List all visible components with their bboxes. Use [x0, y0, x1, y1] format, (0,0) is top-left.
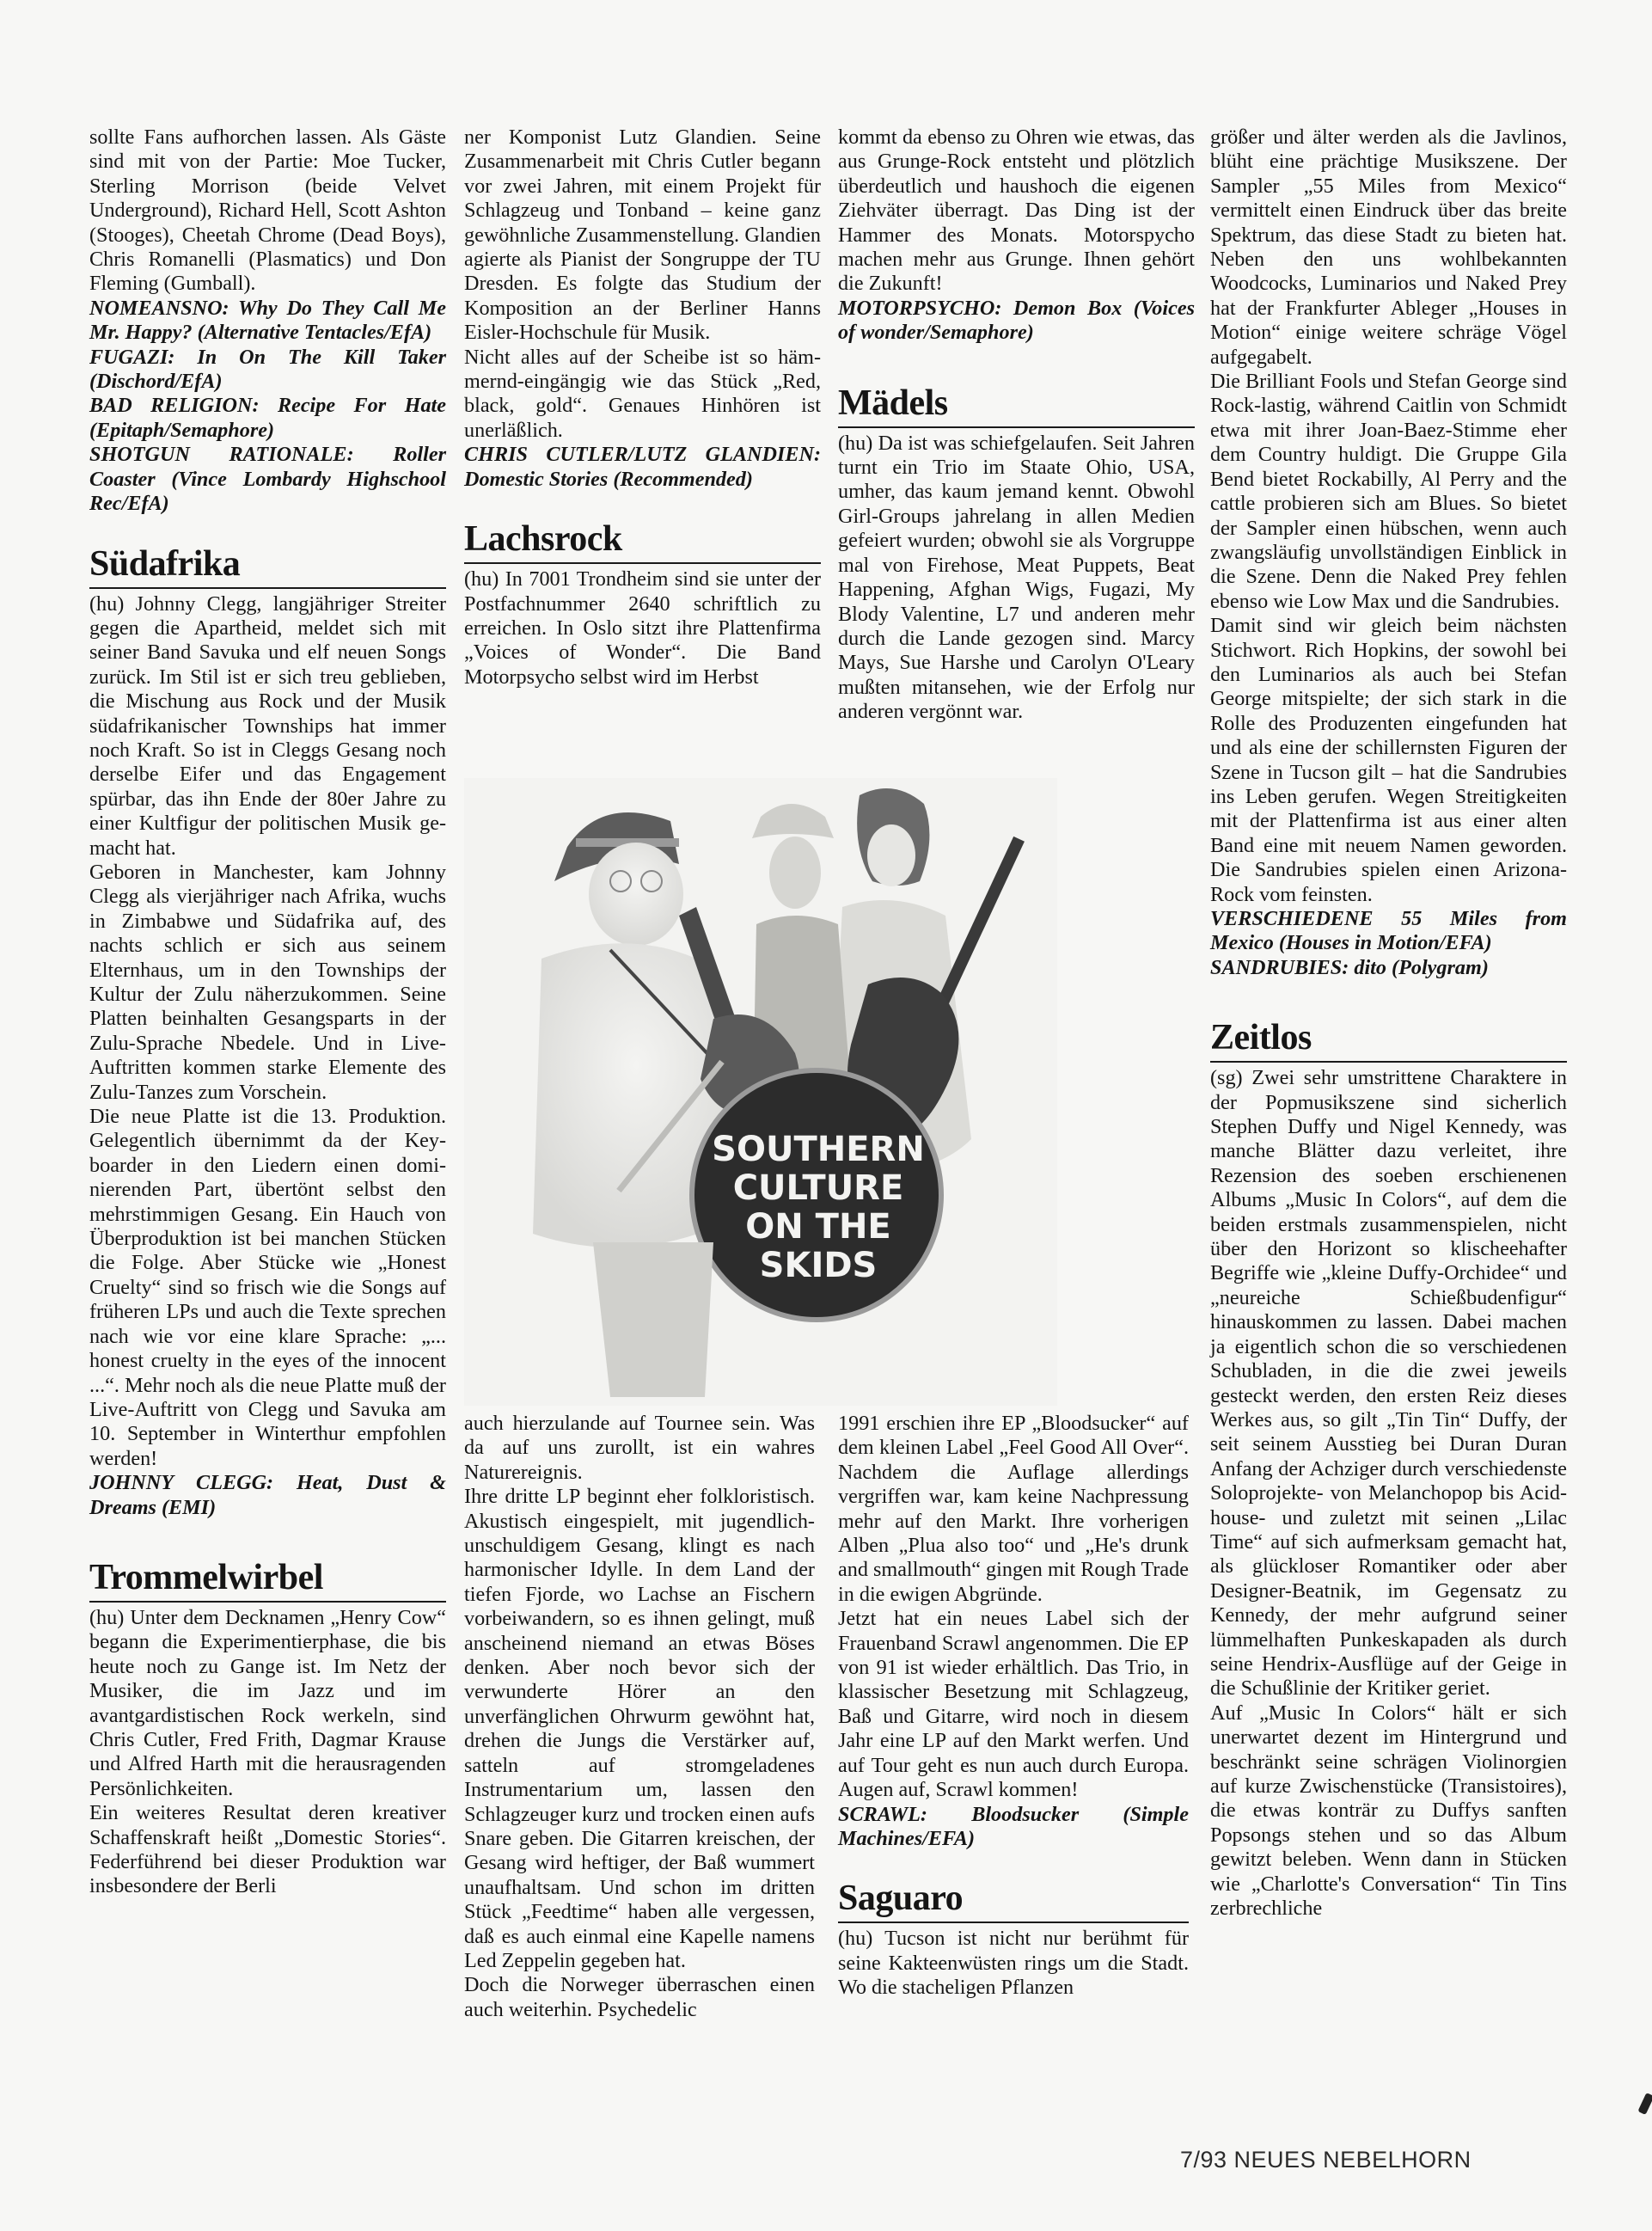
article-text: Geboren in Manchester, kam Johnny Clegg … — [89, 861, 446, 1105]
headline-zeitlos: Zeitlos — [1210, 1016, 1567, 1063]
article-text: (hu) Tucson ist nicht nur berühmt für se… — [838, 1927, 1189, 2000]
article-text: (hu) In 7001 Trondheim sind sie unter de… — [464, 567, 821, 690]
svg-text:SKIDS: SKIDS — [760, 1246, 878, 1285]
article-text: Ihre dritte LP beginnt eher folklori­sti… — [464, 1485, 815, 1973]
band-photo-image: SOUTHERN CULTURE ON THE SKIDS — [464, 778, 1057, 1406]
headline-lachsrock: Lachsrock — [464, 518, 821, 564]
headline-maedels: Mädels — [838, 382, 1195, 428]
article-text: Auf „Music In Colors“ hält er sich unerw… — [1210, 1701, 1567, 1921]
article-text: Die neue Platte ist die 13. Produktion. … — [89, 1105, 446, 1471]
column-2: ner Komponist Lutz Glandien. Seine Zusam… — [464, 126, 821, 690]
article-text: (sg) Zwei sehr umstrittene Charaktere in… — [1210, 1066, 1567, 1701]
article-text: (hu) Unter dem Decknamen „Henry Cow“ beg… — [89, 1606, 446, 1801]
article-text: sollte Fans aufhorchen lassen. Als Gäste… — [89, 126, 446, 297]
album-credit: NOMEANSNO: Why Do They Call Me Mr. Happy… — [89, 297, 446, 346]
article-text: kommt da ebenso zu Ohren wie et­was, das… — [838, 126, 1195, 297]
article-text: größer und älter werden als die Javli­no… — [1210, 126, 1567, 370]
article-text: ner Komponist Lutz Glandien. Seine Zusam… — [464, 126, 821, 346]
album-credit: FUGAZI: In On The Kill Taker (Dischord/E… — [89, 346, 446, 395]
article-text: Die Brilliant Fools und Stefan George si… — [1210, 370, 1567, 614]
page-footer: 7/93 NEUES NEBELHORN — [1180, 2147, 1472, 2173]
svg-text:CULTURE: CULTURE — [733, 1168, 904, 1208]
article-text: 1991 erschien ihre EP „Bloodsucker“ auf … — [838, 1412, 1189, 1607]
album-credit: SANDRUBIES: dito (Polygram) — [1210, 956, 1567, 980]
headline-saguaro: Saguaro — [838, 1877, 1189, 1923]
article-text: (hu) Johnny Clegg, langjähriger Strei­te… — [89, 592, 446, 861]
scan-mark — [1637, 2093, 1652, 2115]
article-text: Damit sind wir gleich beim nächsten Stic… — [1210, 614, 1567, 907]
album-credit: JOHNNY CLEGG: Heat, Dust & Dreams (EMI) — [89, 1471, 446, 1520]
column-1: sollte Fans aufhorchen lassen. Als Gäste… — [89, 126, 446, 1899]
album-credit: SHOTGUN RATIONALE: Roller Coaster (Vince… — [89, 443, 446, 516]
column-2-continued: auch hierzulande auf Tournee sein. Was d… — [464, 1412, 815, 2022]
column-3: kommt da ebenso zu Ohren wie et­was, das… — [838, 126, 1195, 725]
band-photo: SOUTHERN CULTURE ON THE SKIDS — [464, 778, 1057, 1406]
album-credit: BAD RELIGION: Recipe For Hate (Epitaph/S… — [89, 394, 446, 443]
article-text: Jetzt hat ein neues Label sich der Fraue… — [838, 1607, 1189, 1802]
headline-suedafrika: Südafrika — [89, 542, 446, 589]
article-text: Ein weiteres Resultat deren kreativer Sc… — [89, 1801, 446, 1899]
article-text: Nicht alles auf der Scheibe ist so häm­m… — [464, 346, 821, 444]
article-text: (hu) Da ist was schiefgelaufen. Seit Jah… — [838, 432, 1195, 725]
column-3-continued: 1991 erschien ihre EP „Bloodsucker“ auf … — [838, 1412, 1189, 2001]
album-credit: CHRIS CUTLER/LUTZ GLAN­DIEN: Domestic St… — [464, 443, 821, 492]
album-credit: VERSCHIEDENE 55 Miles from Mexico (House… — [1210, 907, 1567, 956]
column-4: größer und älter werden als die Javli­no… — [1210, 126, 1567, 1921]
album-credit: SCRAWL: Bloodsucker (Simple Machines/EFA… — [838, 1803, 1189, 1852]
svg-text:ON THE: ON THE — [745, 1207, 891, 1247]
svg-text:SOUTHERN: SOUTHERN — [712, 1130, 925, 1169]
article-text: Doch die Norweger überraschen ei­nen auc… — [464, 1973, 815, 2022]
article-text: auch hierzulande auf Tournee sein. Was d… — [464, 1412, 815, 1485]
album-credit: MOTORPSYCHO: Demon Box (Voices of wonder… — [838, 297, 1195, 346]
headline-trommelwirbel: Trommelwirbel — [89, 1556, 446, 1603]
